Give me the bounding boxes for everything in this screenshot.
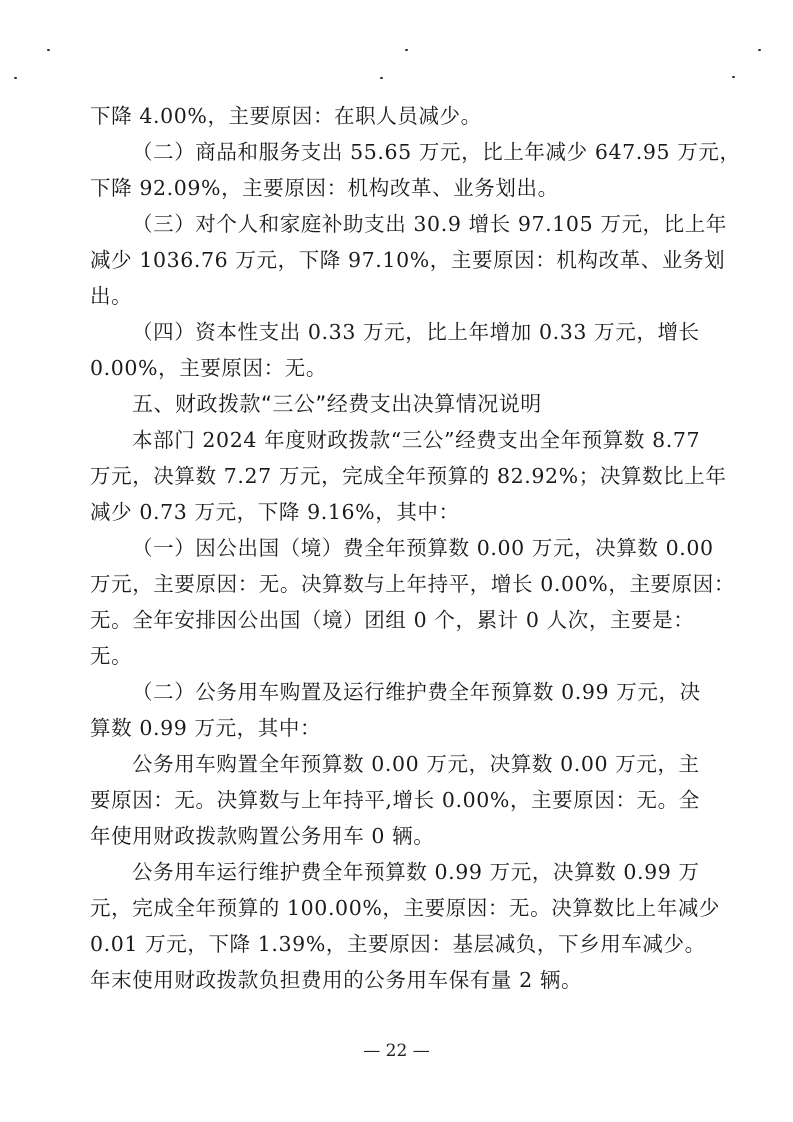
scan-speck <box>380 77 383 79</box>
paragraph-line: （三）对个人和家庭补助支出 30.9 增长 97.105 万元，比上年 <box>90 206 710 242</box>
scan-speck <box>405 49 408 51</box>
paragraph-line: 0.01 万元，下降 1.39%，主要原因：基层减负，下乡用车减少。 <box>90 926 710 962</box>
paragraph-line: 无。全年安排因公出国（境）团组 0 个，累计 0 人次，主要是： <box>90 602 710 638</box>
document-body: 下降 4.00%，主要原因：在职人员减少。 （二）商品和服务支出 55.65 万… <box>90 98 710 998</box>
paragraph-line: 要原因：无。决算数与上年持平,增长 0.00%，主要原因：无。全 <box>90 782 710 818</box>
paragraph-line: 减少 0.73 万元，下降 9.16%，其中： <box>90 494 710 530</box>
section-heading: 五、财政拨款“三公”经费支出决算情况说明 <box>90 386 710 422</box>
scan-speck <box>732 76 735 78</box>
paragraph-line: 出。 <box>90 278 710 314</box>
scan-speck <box>14 77 17 79</box>
paragraph-line: 算数 0.99 万元，其中： <box>90 710 710 746</box>
paragraph-line: （一）因公出国（境）费全年预算数 0.00 万元，决算数 0.00 <box>90 530 710 566</box>
scan-speck <box>47 49 50 51</box>
page-number: — 22 — <box>0 1041 793 1061</box>
paragraph-line: 减少 1036.76 万元，下降 97.10%，主要原因：机构改革、业务划 <box>90 242 710 278</box>
paragraph-line: （二）商品和服务支出 55.65 万元，比上年减少 647.95 万元， <box>90 134 710 170</box>
paragraph-line: 万元，决算数 7.27 万元，完成全年预算的 82.92%；决算数比上年 <box>90 458 710 494</box>
document-page: 下降 4.00%，主要原因：在职人员减少。 （二）商品和服务支出 55.65 万… <box>0 0 793 1122</box>
paragraph-line: 万元，主要原因：无。决算数与上年持平，增长 0.00%，主要原因： <box>90 566 710 602</box>
paragraph-line: 年使用财政拨款购置公务用车 0 辆。 <box>90 818 710 854</box>
paragraph-line: 元，完成全年预算的 100.00%，主要原因：无。决算数比上年减少 <box>90 890 710 926</box>
scan-speck <box>758 49 761 51</box>
paragraph-line: 公务用车运行维护费全年预算数 0.99 万元，决算数 0.99 万 <box>90 854 710 890</box>
paragraph-line: 无。 <box>90 638 710 674</box>
paragraph-line: （四）资本性支出 0.33 万元，比上年增加 0.33 万元，增长 <box>90 314 710 350</box>
paragraph-line: （二）公务用车购置及运行维护费全年预算数 0.99 万元，决 <box>90 674 710 710</box>
paragraph-line: 下降 4.00%，主要原因：在职人员减少。 <box>90 98 710 134</box>
paragraph-line: 公务用车购置全年预算数 0.00 万元，决算数 0.00 万元，主 <box>90 746 710 782</box>
paragraph-line: 0.00%，主要原因：无。 <box>90 350 710 386</box>
paragraph-line: 本部门 2024 年度财政拨款“三公”经费支出全年预算数 8.77 <box>90 422 710 458</box>
paragraph-line: 年末使用财政拨款负担费用的公务用车保有量 2 辆。 <box>90 962 710 998</box>
paragraph-line: 下降 92.09%，主要原因：机构改革、业务划出。 <box>90 170 710 206</box>
